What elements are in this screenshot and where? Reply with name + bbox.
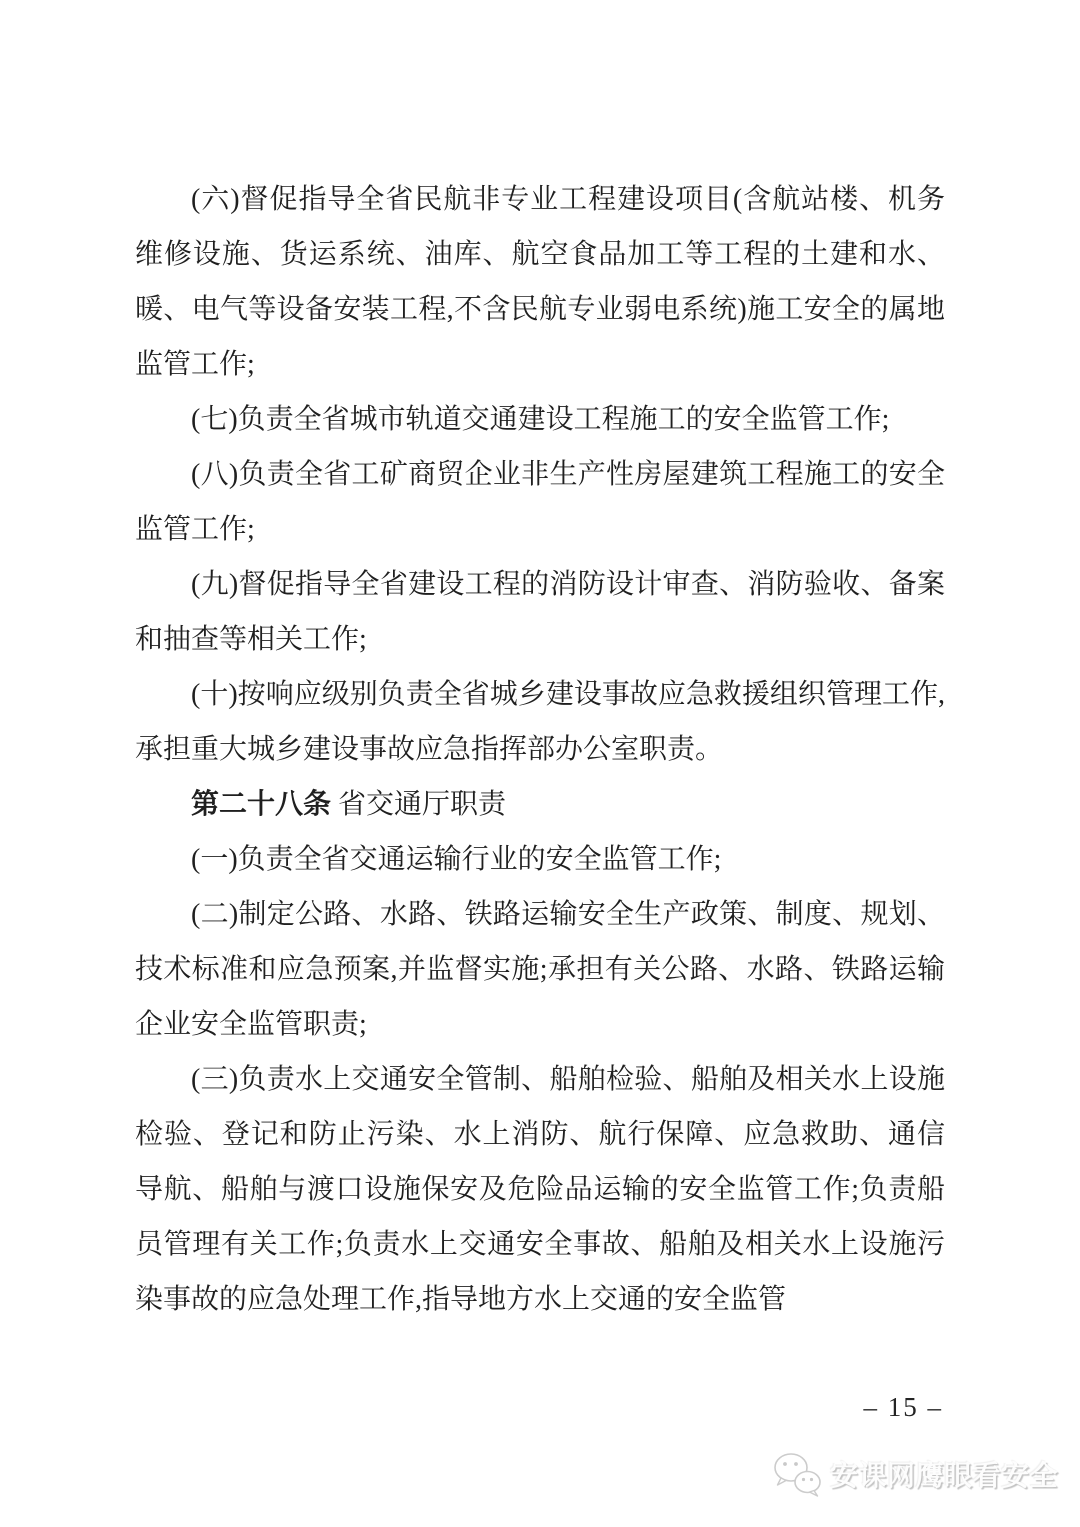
paragraph: (七)负责全省城市轨道交通建设工程施工的安全监管工作; <box>135 392 945 447</box>
paragraph: (九)督促指导全省建设工程的消防设计审查、消防验收、备案和抽查等相关工作; <box>135 557 945 667</box>
article-number: 第二十八条 <box>191 789 331 820</box>
article-heading: 第二十八条 省交通厅职责 <box>135 777 945 832</box>
page-number: – 15 – <box>864 1392 944 1423</box>
wechat-icon <box>771 1450 823 1498</box>
watermark: 安课网鹰眼看安全 <box>771 1450 1058 1498</box>
watermark-text: 安课网鹰眼看安全 <box>830 1454 1058 1494</box>
paragraph: (八)负责全省工矿商贸企业非生产性房屋建筑工程施工的安全监管工作; <box>135 447 945 557</box>
paragraph: (十)按响应级别负责全省城乡建设事故应急救援组织管理工作,承担重大城乡建设事故应… <box>135 667 945 777</box>
paragraph: (六)督促指导全省民航非专业工程建设项目(含航站楼、机务维修设施、货运系统、油库… <box>135 172 945 392</box>
article-title: 省交通厅职责 <box>331 789 506 820</box>
document-body: (六)督促指导全省民航非专业工程建设项目(含航站楼、机务维修设施、货运系统、油库… <box>135 172 945 1327</box>
paragraph: (二)制定公路、水路、铁路运输安全生产政策、制度、规划、技术标准和应急预案,并监… <box>135 887 945 1052</box>
document-page: (六)督促指导全省民航非专业工程建设项目(含航站楼、机务维修设施、货运系统、油库… <box>0 0 1080 1527</box>
paragraph: (一)负责全省交通运输行业的安全监管工作; <box>135 832 945 887</box>
paragraph: (三)负责水上交通安全管制、船舶检验、船舶及相关水上设施检验、登记和防止污染、水… <box>135 1052 945 1327</box>
